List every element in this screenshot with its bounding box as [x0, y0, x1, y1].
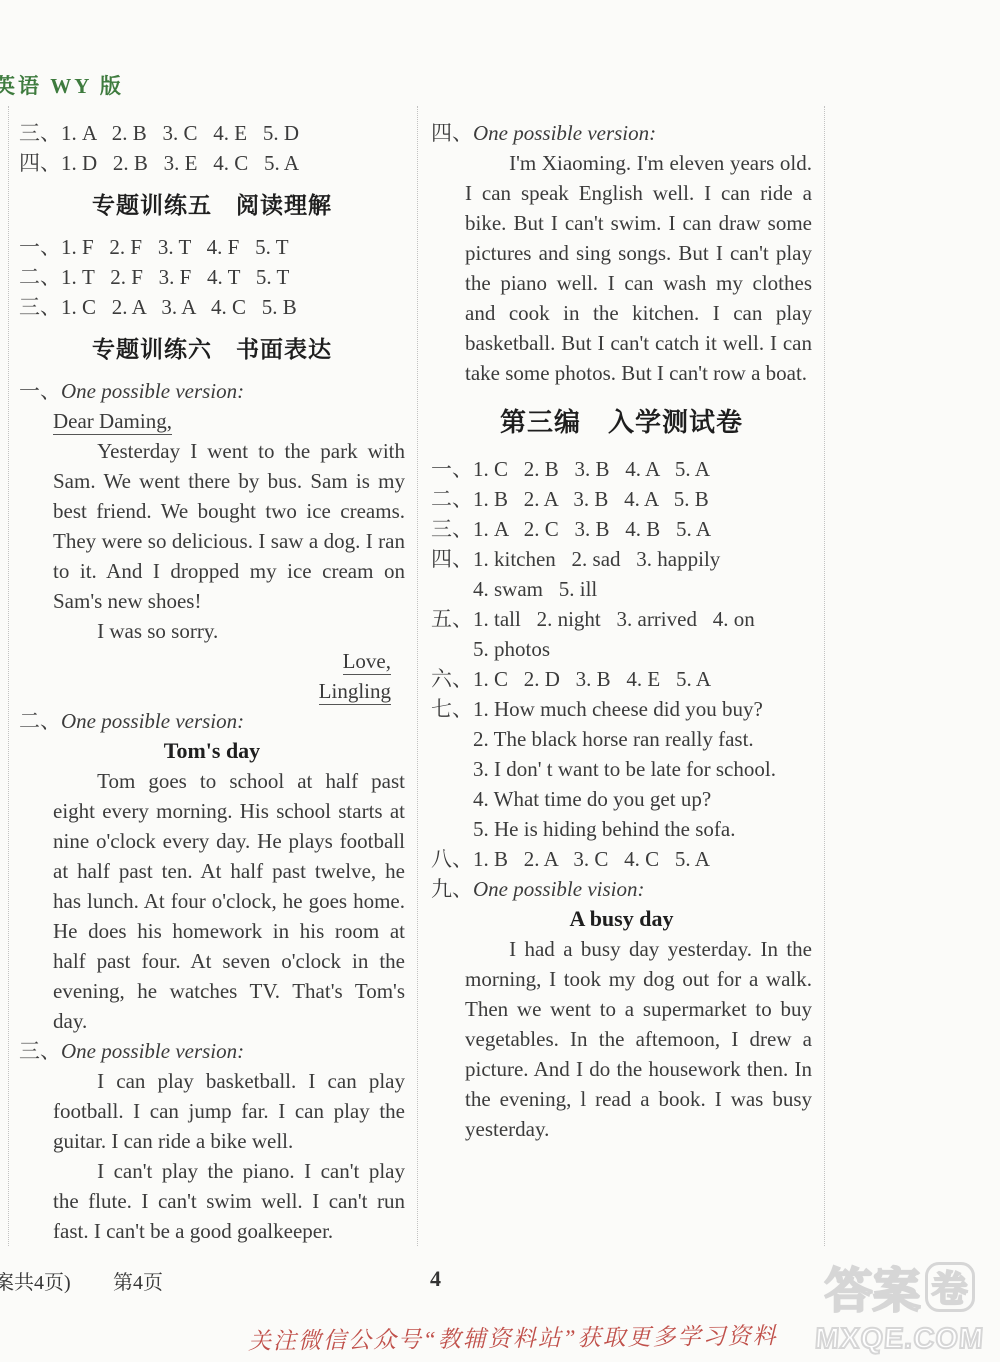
part3-label: 三、One possible version: — [19, 1036, 405, 1066]
right-column: 四、One possible version: I'm Xiaoming. I'… — [417, 106, 825, 1246]
footer-page-label: 第4页 — [113, 1266, 163, 1295]
answer-row: 一、1. F 2. F 3. T 4. F 5. T — [19, 232, 405, 262]
answer-row-continuation: 2. The black horse ran really fast. — [431, 724, 812, 754]
part4-label: 四、One possible version: — [431, 118, 812, 148]
footer-total-pages: 案共4页) — [0, 1266, 71, 1295]
edition-label: 英语 WY 版 — [0, 70, 124, 100]
section-title-training6: 专题训练六 书面表达 — [19, 335, 405, 365]
answer-row-continuation: 5. photos — [431, 634, 812, 664]
part9-label: 九、One possible vision: — [431, 874, 812, 904]
letter-salutation: Dear Daming, — [19, 406, 405, 436]
answers-content: 三、1. A 2. B 3. C 4. E 5. D 四、1. D 2. B 3… — [8, 106, 825, 1246]
possible-version-label: One possible version: — [473, 121, 656, 145]
essay-body-xiaoming: I'm Xiaoming. I'm eleven years old. I ca… — [431, 148, 812, 388]
answer-row-continuation: 3. I don' t want to be late for school. — [431, 754, 812, 784]
answer-row: 七、1. How much cheese did you buy? — [431, 694, 812, 724]
section-title-entrance-test: 第三编 入学测试卷 — [431, 408, 812, 438]
letter-signature: Lingling — [19, 676, 405, 706]
watermark-domain: MXQE.COM — [806, 1323, 993, 1356]
section-title-training5: 专题训练五 阅读理解 — [19, 191, 405, 221]
possible-version-label: One possible vision: — [473, 877, 644, 901]
essay-title-busy-day: A busy day — [431, 904, 812, 934]
answer-row: 二、1. T 2. F 3. F 4. T 5. T — [19, 262, 405, 292]
answer-row: 四、1. D 2. B 3. E 4. C 5. A — [19, 148, 405, 178]
watermark-name: 答案卷 — [807, 1252, 992, 1321]
answer-row: 三、1. C 2. A 3. A 4. C 5. B — [19, 292, 405, 322]
footer-page-number: 4 — [430, 1266, 441, 1292]
essay-body-toms-day: Tom goes to school at half past eight ev… — [19, 766, 405, 1036]
possible-version-label: One possible version: — [61, 1039, 244, 1063]
part-marker: 四、 — [431, 121, 473, 145]
part-marker: 九、 — [431, 877, 473, 901]
part1-label: 一、One possible version: — [19, 376, 405, 406]
answer-row: 三、1. A 2. B 3. C 4. E 5. D — [19, 118, 405, 148]
answer-row: 四、1. kitchen 2. sad 3. happily — [431, 544, 812, 574]
answer-row-continuation: 4. What time do you get up? — [431, 784, 812, 814]
essay-title-toms-day: Tom's day — [19, 736, 405, 766]
part-marker: 三、 — [19, 1039, 61, 1063]
essay-paragraph: I can't play the piano. I can't play the… — [19, 1156, 405, 1246]
answer-row: 二、1. B 2. A 3. B 4. A 5. B — [431, 484, 812, 514]
answer-row: 八、1. B 2. A 3. C 4. C 5. A — [431, 844, 812, 874]
essay-body-busy-day: I had a busy day yesterday. In the morni… — [431, 934, 812, 1144]
letter-closing: Love, — [19, 646, 405, 676]
answer-row: 五、1. tall 2. night 3. arrived 4. on — [431, 604, 812, 634]
part2-label: 二、One possible version: — [19, 706, 405, 736]
answer-row-continuation: 5. He is hiding behind the sofa. — [431, 814, 812, 844]
answer-row-continuation: 4. swam 5. ill — [431, 574, 812, 604]
answer-row: 一、1. C 2. B 3. B 4. A 5. A — [431, 454, 812, 484]
part-marker: 二、 — [19, 709, 61, 733]
watermark-logo: 答案卷 MXQE.COM — [807, 1252, 992, 1356]
possible-version-label: One possible version: — [61, 709, 244, 733]
letter-body: Yesterday I went to the park with Sam. W… — [19, 436, 405, 616]
letter-sorry-line: I was so sorry. — [19, 616, 405, 646]
possible-version-label: One possible version: — [61, 379, 244, 403]
wechat-promo-text: 关注微信公众号“教辅资料站”获取更多学习资料 — [248, 1317, 808, 1356]
watermark-circled-character: 卷 — [925, 1262, 975, 1312]
essay-paragraph: I can play basketball. I can play footba… — [19, 1066, 405, 1156]
part-marker: 一、 — [19, 379, 61, 403]
answer-row: 六、1. C 2. D 3. B 4. E 5. A — [431, 664, 812, 694]
left-column: 三、1. A 2. B 3. C 4. E 5. D 四、1. D 2. B 3… — [8, 106, 417, 1246]
watermark-text: 答案 — [824, 1252, 920, 1321]
answer-row: 三、1. A 2. C 3. B 4. B 5. A — [431, 514, 812, 544]
